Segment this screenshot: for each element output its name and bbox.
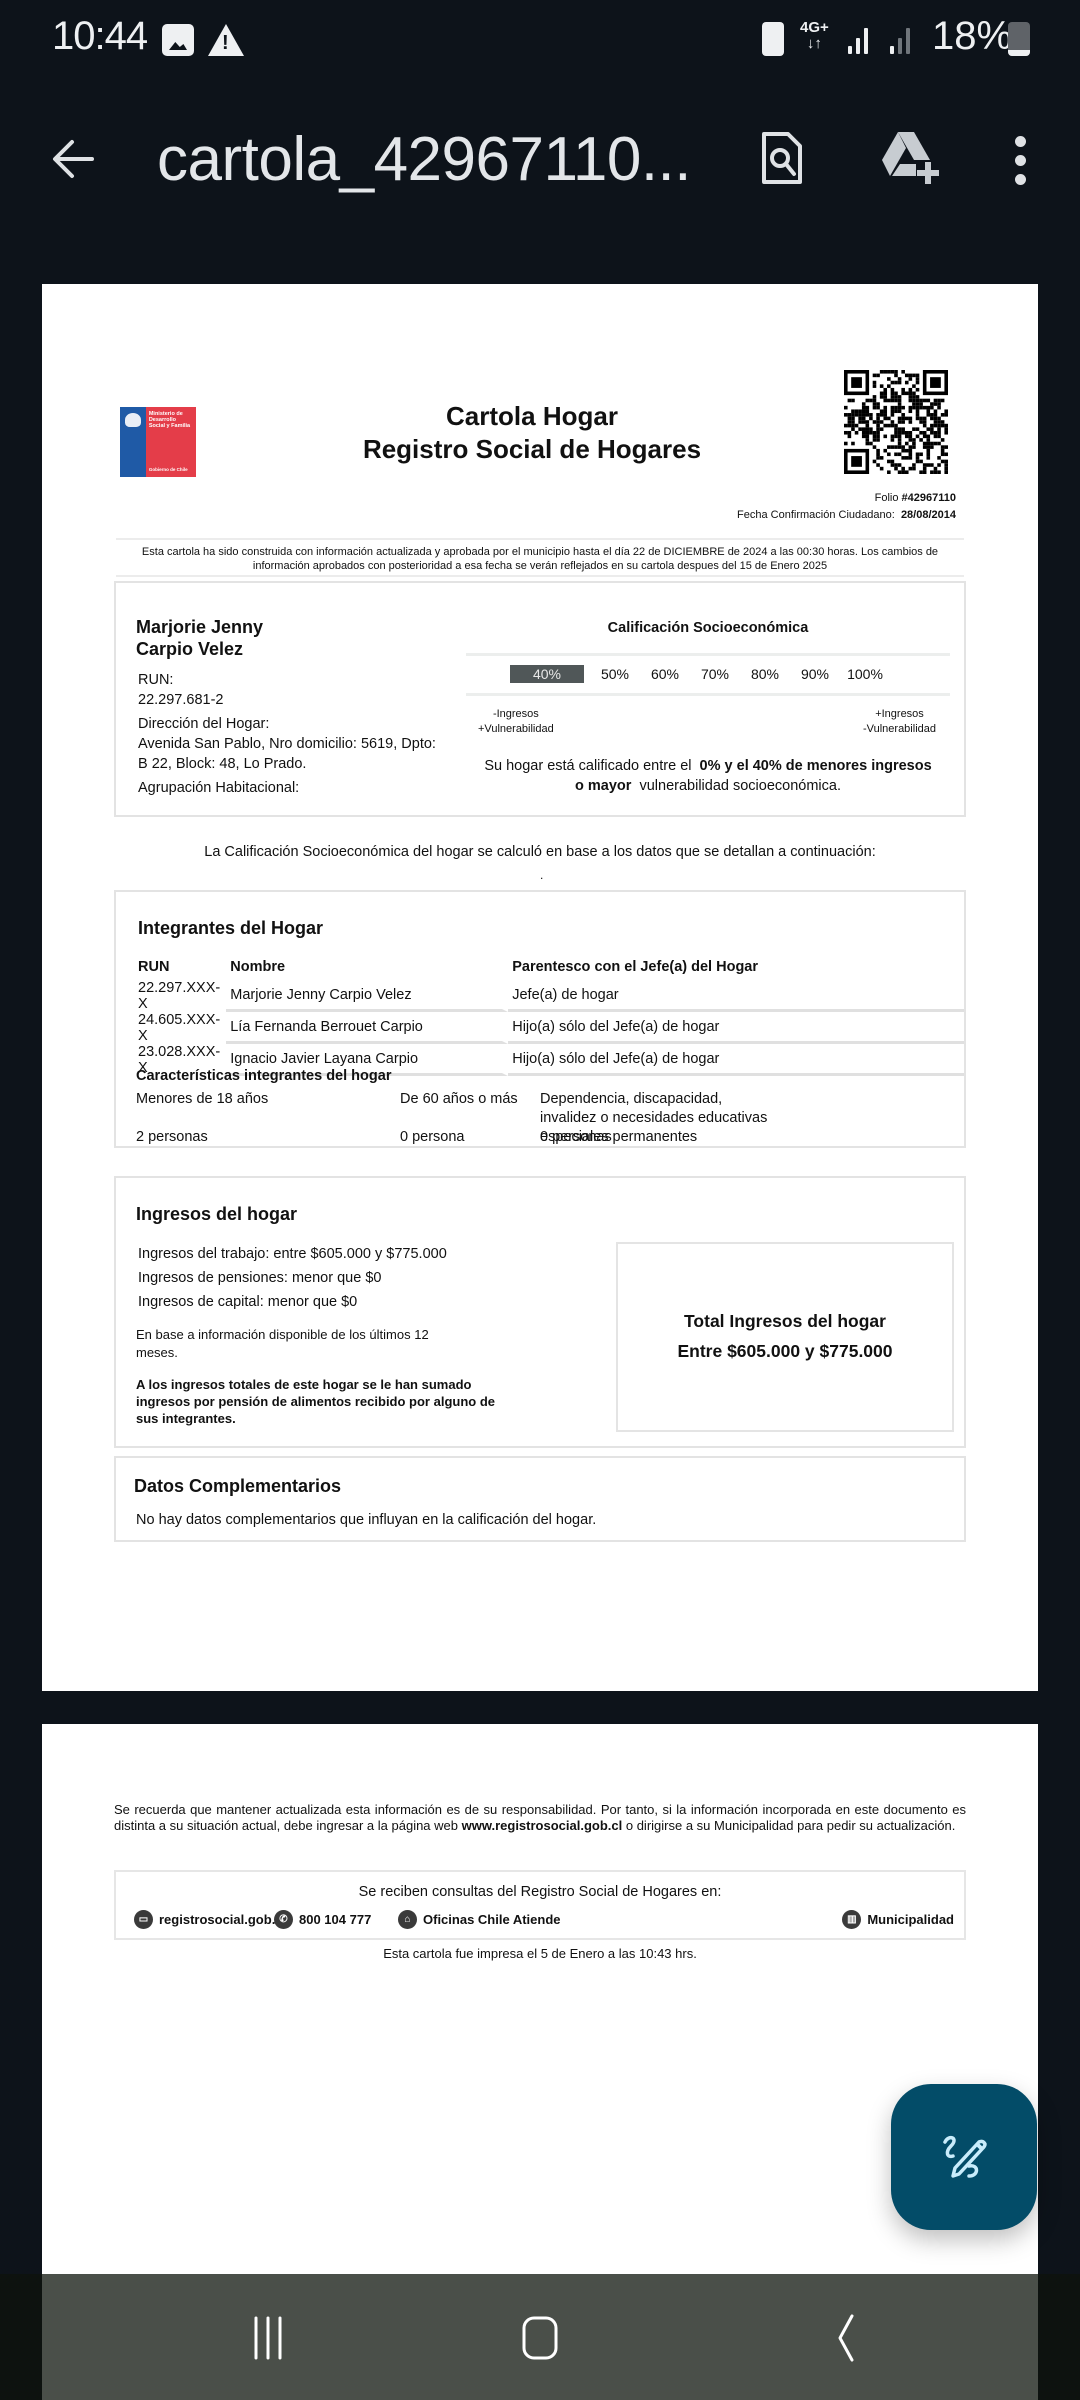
scale-step: 40% <box>510 665 584 683</box>
characteristic-label: Menores de 18 años <box>136 1090 268 1109</box>
battery-icon <box>1008 22 1030 56</box>
scale-step: 90% <box>790 666 840 682</box>
divider <box>466 693 950 696</box>
left-label-2: +Vulnerabilidad <box>478 722 554 737</box>
income-item: Ingresos de pensiones: menor que $0 <box>138 1266 447 1290</box>
table-row: 22.297.XXX-XMarjorie Jenny Carpio VelezJ… <box>134 980 964 1012</box>
printed-timestamp: Esta cartola fue impresa el 5 de Enero a… <box>114 1946 966 1961</box>
household-summary-box: Marjorie Jenny Carpio Velez RUN: 22.297.… <box>114 581 966 817</box>
back-arrow-icon[interactable] <box>50 136 96 182</box>
address-value: Avenida San Pablo, Nro domicilio: 5619, … <box>138 734 448 774</box>
system-nav-bar <box>0 2274 1080 2400</box>
run-label: RUN: <box>138 670 448 690</box>
network-4g-plus-icon: 4G+↓↑ <box>800 20 829 52</box>
income-alimony-note: A los ingresos totales de este hogar se … <box>136 1376 506 1427</box>
rating-result: Su hogar está calificado entre el 0% y e… <box>466 756 950 796</box>
complementary-text: No hay datos complementarios que influya… <box>136 1512 596 1528</box>
column-header: Nombre <box>226 958 508 980</box>
phone-icon: ✆ <box>274 1910 293 1929</box>
total-income-value: Entre $605.000 y $775.000 <box>618 1336 952 1366</box>
person-name-line1: Marjorie Jenny <box>136 616 263 638</box>
characteristic: Menores de 18 años2 personas <box>136 1090 268 1109</box>
signal-sim2-icon <box>890 28 910 54</box>
confirm-date-value: 28/08/2014 <box>901 509 956 521</box>
contact-label: 800 104 777 <box>299 1912 371 1927</box>
scale-left-label: -Ingresos +Vulnerabilidad <box>478 707 554 737</box>
rating-title: Calificación Socioeconómica <box>466 620 950 636</box>
divider <box>116 575 964 577</box>
app-bar: cartola_42967110... <box>0 78 1080 248</box>
home-office-icon: ⌂ <box>398 1910 417 1929</box>
computer-icon: ▭ <box>134 1910 153 1929</box>
calculation-dot: . <box>540 868 543 882</box>
contact-label: Oficinas Chile Atiende <box>423 1912 561 1927</box>
signal-sim1-icon <box>848 28 868 54</box>
table-cell: Hijo(a) sólo del Jefe(a) de hogar <box>508 1012 964 1044</box>
update-reminder: Se recuerda que mantener actualizada est… <box>114 1802 966 1834</box>
find-in-document-icon[interactable] <box>760 130 804 186</box>
table-cell: Hijo(a) sólo del Jefe(a) de hogar <box>508 1044 964 1076</box>
characteristic-value: 0 personas <box>540 1128 612 1147</box>
table-cell: Jefe(a) de hogar <box>508 980 964 1012</box>
battery-percent: 18% <box>932 14 1012 59</box>
characteristic-value: 2 personas <box>136 1128 208 1147</box>
title-line-1: Cartola Hogar <box>292 400 772 433</box>
warning-icon <box>208 24 244 56</box>
gallery-icon <box>162 24 194 56</box>
contact-items: ▭registrosocial.gob.cl✆800 104 777⌂Ofici… <box>134 1910 954 1934</box>
right-label-2: -Vulnerabilidad <box>863 722 936 737</box>
registro-social-link[interactable]: www.registrosocial.gob.cl <box>462 1818 623 1833</box>
result-prefix: Su hogar está calificado entre el <box>484 758 691 774</box>
income-item: Ingresos del trabajo: entre $605.000 y $… <box>138 1242 447 1266</box>
contact-label: registrosocial.gob.cl <box>159 1912 286 1927</box>
divider <box>116 538 964 540</box>
person-name: Marjorie Jenny Carpio Velez <box>136 616 263 660</box>
table-cell: 22.297.XXX-X <box>134 980 226 1012</box>
title-line-2: Registro Social de Hogares <box>292 433 772 466</box>
annotate-pen-icon <box>939 2132 989 2182</box>
back-icon[interactable] <box>782 2274 902 2400</box>
annotate-fab[interactable] <box>891 2084 1037 2230</box>
logo-ministry-text: Ministerio de Desarrollo Social y Famili… <box>149 411 190 429</box>
more-options-icon[interactable] <box>1012 136 1028 186</box>
folio-block: Folio #42967110 Fecha Confirmación Ciuda… <box>737 490 956 524</box>
characteristic: De 60 años o más0 persona <box>400 1090 518 1109</box>
contact-label: Municipalidad <box>867 1912 954 1927</box>
grouping-label: Agrupación Habitacional: <box>138 778 448 798</box>
result-suffix: vulnerabilidad socioeconómica. <box>639 778 841 794</box>
result-bold-2: o mayor <box>575 778 631 794</box>
characteristic-value: 0 persona <box>400 1128 465 1147</box>
contact-box: Se reciben consultas del Registro Social… <box>114 1870 966 1940</box>
result-bold-1: 0% y el 40% de menores ingresos <box>700 758 932 774</box>
battery-saver-icon <box>762 22 784 56</box>
recents-icon[interactable] <box>208 2274 328 2400</box>
document-title: Cartola Hogar Registro Social de Hogares <box>292 400 772 466</box>
contact-item[interactable]: ✆800 104 777 <box>274 1910 371 1929</box>
total-income-box: Total Ingresos del hogar Entre $605.000 … <box>616 1242 954 1432</box>
income-title: Ingresos del hogar <box>136 1204 297 1225</box>
socioeconomic-rating: Calificación Socioeconómica 40%50%60%70%… <box>466 583 950 813</box>
building-icon: ▥ <box>842 1910 861 1929</box>
household-income-box: Ingresos del hogar Ingresos del trabajo:… <box>114 1176 966 1448</box>
members-title: Integrantes del Hogar <box>138 918 323 939</box>
file-title: cartola_42967110... <box>157 124 691 195</box>
table-cell: 24.605.XXX-X <box>134 1012 226 1044</box>
contact-item[interactable]: ▭registrosocial.gob.cl <box>134 1910 286 1929</box>
table-row: 24.605.XXX-XLía Fernanda Berrouet Carpio… <box>134 1012 964 1044</box>
qr-code <box>844 370 948 474</box>
coat-of-arms-icon <box>120 407 146 477</box>
divider <box>466 653 950 656</box>
person-info: RUN: 22.297.681-2 Dirección del Hogar: A… <box>138 670 448 802</box>
run-value: 22.297.681-2 <box>138 690 448 710</box>
complementary-title: Datos Complementarios <box>134 1476 341 1497</box>
address-label: Dirección del Hogar: <box>138 714 448 734</box>
home-icon[interactable] <box>480 2274 600 2400</box>
household-members-box: Integrantes del Hogar RUNNombreParentesc… <box>114 890 966 1148</box>
table-cell: Marjorie Jenny Carpio Velez <box>226 980 508 1012</box>
column-header: Parentesco con el Jefe(a) del Hogar <box>508 958 964 980</box>
income-list: Ingresos del trabajo: entre $605.000 y $… <box>138 1242 447 1314</box>
scale-step: 70% <box>690 666 740 682</box>
characteristics-title: Características integrantes del hogar <box>136 1068 391 1084</box>
save-to-drive-icon[interactable] <box>880 130 942 186</box>
characteristic-label: De 60 años o más <box>400 1090 518 1109</box>
person-name-line2: Carpio Velez <box>136 638 263 660</box>
network-label: 4G+ <box>800 19 829 36</box>
complementary-data-box: Datos Complementarios No hay datos compl… <box>114 1456 966 1542</box>
characteristic: Dependencia, discapacidad, invalidez o n… <box>540 1090 770 1147</box>
confirm-date-label: Fecha Confirmación Ciudadano: <box>737 509 895 521</box>
reminder-text-2: o dirigirse a su Municipalidad para pedi… <box>626 1818 956 1833</box>
data-cutoff-notice: Esta cartola ha sido construida con info… <box>116 545 964 573</box>
scale-step: 80% <box>740 666 790 682</box>
contact-title: Se reciben consultas del Registro Social… <box>116 1884 964 1900</box>
document-page-1[interactable]: Ministerio de Desarrollo Social y Famili… <box>42 284 1038 1691</box>
income-note: En base a información disponible de los … <box>136 1326 466 1362</box>
scale-right-label: +Ingresos -Vulnerabilidad <box>863 707 936 737</box>
calculation-note: La Calificación Socioeconómica del hogar… <box>114 844 966 860</box>
rating-scale: 40%50%60%70%80%90%100% <box>510 665 890 683</box>
status-bar: 10:44 4G+↓↑ 18% <box>0 0 1080 78</box>
ministry-logo: Ministerio de Desarrollo Social y Famili… <box>120 407 196 477</box>
contact-item[interactable]: ▥Municipalidad <box>842 1910 954 1929</box>
scale-step: 60% <box>640 666 690 682</box>
logo-government-text: Gobierno de Chile <box>149 467 188 473</box>
income-item: Ingresos de capital: menor que $0 <box>138 1290 447 1314</box>
scale-step: 50% <box>590 666 640 682</box>
contact-item[interactable]: ⌂Oficinas Chile Atiende <box>398 1910 561 1929</box>
table-cell: Lía Fernanda Berrouet Carpio <box>226 1012 508 1044</box>
status-time: 10:44 <box>52 14 147 59</box>
folio-label: Folio <box>875 492 899 504</box>
left-label-1: -Ingresos <box>478 707 554 722</box>
scale-step: 100% <box>840 666 890 682</box>
total-income-label: Total Ingresos del hogar <box>618 1306 952 1336</box>
column-header: RUN <box>134 958 226 980</box>
right-label-1: +Ingresos <box>863 707 936 722</box>
members-table: RUNNombreParentesco con el Jefe(a) del H… <box>134 958 964 1076</box>
folio-value: #42967110 <box>902 492 956 504</box>
document-page-2[interactable]: Se recuerda que mantener actualizada est… <box>42 1724 1038 2276</box>
